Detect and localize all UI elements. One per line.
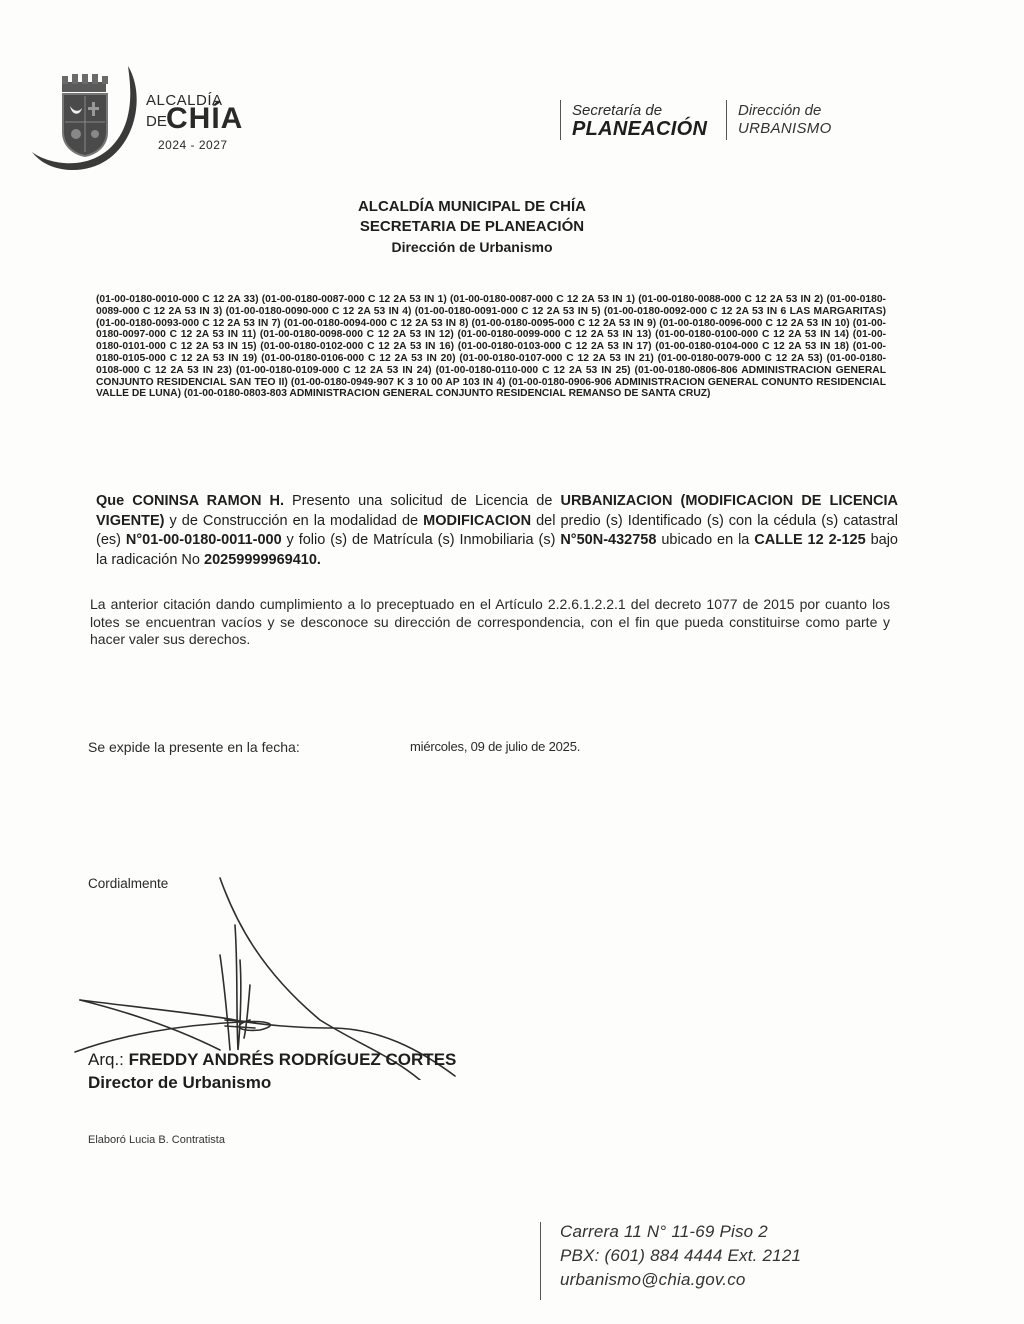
document-page: ALCALDÍA DE CHÍA 2024 - 2027 Secretaría … bbox=[0, 0, 1024, 1324]
fecha-label: Se expide la presente en la fecha: bbox=[88, 739, 300, 755]
direccion-label: Dirección de bbox=[738, 102, 821, 119]
cedula-catastral: N°01-00-0180-0011-000 bbox=[126, 532, 282, 548]
divider bbox=[560, 100, 561, 140]
secretaria-label: Secretaría de bbox=[572, 102, 662, 119]
text-segment: y de Construcción en la modalidad de bbox=[164, 513, 423, 529]
text-segment: y folio (s) de Matrícula (s) Inmobiliari… bbox=[282, 532, 561, 548]
divider bbox=[540, 1222, 541, 1300]
direccion-name: URBANISMO bbox=[738, 120, 832, 137]
modalidad: MODIFICACION bbox=[423, 513, 531, 529]
text-segment: Presento una solicitud de Licencia de bbox=[284, 493, 560, 509]
signer-prefix: Arq.: bbox=[88, 1050, 129, 1069]
document-titles: ALCALDÍA MUNICIPAL DE CHÍA SECRETARIA DE… bbox=[0, 197, 944, 257]
solicitante: Que CONINSA RAMON H. bbox=[96, 493, 284, 509]
secretaria-name: PLANEACIÓN bbox=[572, 118, 707, 141]
title-secretaria: SECRETARIA DE PLANEACIÓN bbox=[0, 217, 944, 237]
fecha-value: miércoles, 09 de julio de 2025. bbox=[410, 739, 580, 754]
logo-years: 2024 - 2027 bbox=[158, 138, 228, 152]
elaboro-note: Elaboró Lucia B. Contratista bbox=[88, 1134, 225, 1146]
divider bbox=[726, 100, 727, 140]
coat-of-arms-icon bbox=[30, 62, 150, 182]
title-direccion: Dirección de Urbanismo bbox=[0, 237, 944, 257]
signature-icon bbox=[60, 860, 540, 1080]
alcaldia-logo: ALCALDÍA DE CHÍA 2024 - 2027 bbox=[30, 62, 270, 182]
citacion-paragraph: La anterior citación dando cumplimiento … bbox=[90, 596, 890, 649]
matricula-inmobiliaria: N°50N-432758 bbox=[560, 532, 656, 548]
logo-chia: CHÍA bbox=[166, 102, 243, 136]
footer-address: Carrera 11 N° 11-69 Piso 2 bbox=[560, 1222, 768, 1242]
signer-line: Arq.: FREDDY ANDRÉS RODRÍGUEZ CORTES bbox=[88, 1050, 456, 1070]
signer-name: FREDDY ANDRÉS RODRÍGUEZ CORTES bbox=[129, 1050, 457, 1069]
radicacion-number: 20259999969410. bbox=[204, 552, 321, 568]
solicitud-paragraph: Que CONINSA RAMON H. Presento una solici… bbox=[96, 492, 898, 570]
logo-de: DE bbox=[146, 113, 167, 130]
footer-email[interactable]: urbanismo@chia.gov.co bbox=[560, 1270, 746, 1290]
signer-title: Director de Urbanismo bbox=[88, 1073, 271, 1093]
direccion-predio: CALLE 12 2-125 bbox=[754, 532, 865, 548]
title-alcaldia: ALCALDÍA MUNICIPAL DE CHÍA bbox=[0, 197, 944, 217]
text-segment: ubicado en la bbox=[656, 532, 754, 548]
footer-phone: PBX: (601) 884 4444 Ext. 2121 bbox=[560, 1246, 801, 1266]
predios-list: (01-00-0180-0010-000 C 12 2A 33) (01-00-… bbox=[96, 294, 886, 400]
